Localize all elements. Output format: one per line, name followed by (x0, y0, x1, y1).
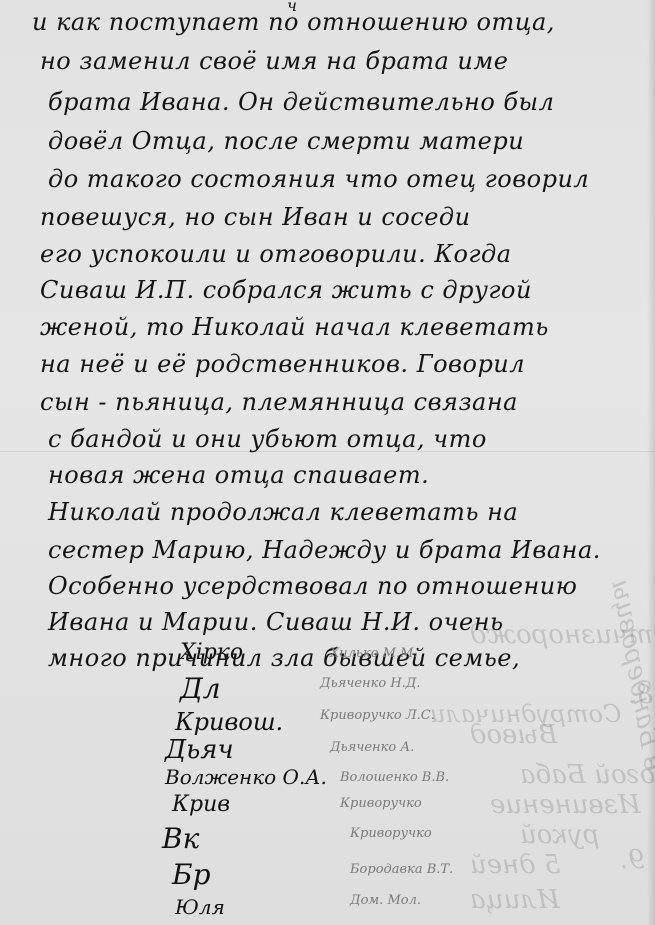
letter-line: повешуся, но сын Иван и соседи (40, 203, 471, 231)
bleed-through-text: Извинение (490, 790, 641, 820)
margin-number: 8. (628, 680, 653, 710)
signer-printed-name: Криворучко (350, 826, 432, 841)
signer-printed-name: Дом. Мол. (350, 893, 421, 908)
margin-number: 9. (620, 845, 645, 875)
signature: Крив (172, 792, 230, 817)
signer-printed-name: Криворучко (340, 796, 422, 811)
signature: Вк (162, 822, 199, 855)
letter-line: его успокоили и отговорили. Когда (40, 240, 512, 268)
letter-line: но заменил своё имя на брата име (40, 47, 508, 75)
signer-printed-name: Бородавка В.Т. (350, 862, 453, 877)
letter-line: женой, то Николай начал клеветать (40, 313, 549, 341)
letter-line: сын - пьяница, племянница связана (40, 388, 518, 416)
signature: Юля (175, 895, 225, 919)
letter-line: новая жена отца спаивает. (48, 461, 429, 489)
letter-line: до такого состояния что отец говорил (48, 165, 589, 193)
letter-line: Сиваш И.П. собрался жить с другой (40, 276, 532, 304)
bleed-through-text: в Бандеровцы (605, 577, 655, 773)
letter-line: Особенно усердствовал по отношению (48, 572, 577, 600)
letter-line: брата Ивана. Он действительно был (48, 88, 554, 116)
signature: Бр (172, 858, 211, 891)
signature: Дл (180, 672, 221, 705)
bleed-through-text: Илица (470, 885, 560, 915)
signature: Дьяч (165, 735, 234, 765)
signature: Кривош. (175, 708, 283, 736)
insertion-mark: ч (287, 0, 297, 15)
letter-line: на неё и её родственников. Говорил (40, 350, 525, 378)
letter-line: Ивана и Марии. Сиваш Н.И. очень (48, 608, 504, 636)
bleed-through-text: 5 дней (470, 850, 561, 880)
signer-printed-name: Криворучко Л.С. (320, 708, 435, 723)
letter-line: сестер Марию, Надежду и брата Ивана. (48, 536, 601, 564)
signer-printed-name: Волошенко В.В. (340, 770, 449, 785)
letter-line: много причинил зла бывшей семье, (48, 644, 520, 672)
bleed-through-text: Вывод (470, 720, 558, 750)
letter-line: с бандой и они убьют отца, что (48, 425, 487, 453)
signature: Хірко (180, 640, 243, 665)
scanned-letter-page: Из Отчизнорожд в Бандеровцы Сотрудничали… (0, 0, 655, 925)
signer-printed-name: Дьяченко Н.Д. (320, 676, 421, 691)
signature: Волженко О.А. (165, 765, 327, 789)
letter-line: довёл Отца, после смерти матери (48, 127, 524, 155)
bleed-through-text: рукой (520, 820, 600, 850)
signer-printed-name: Дьяченко А. (330, 740, 414, 755)
letter-line: Николай продолжал клеветать на (48, 498, 518, 526)
signer-printed-name: Хилько М.М. (330, 646, 418, 661)
bleed-through-text: дорогой Баба (520, 760, 655, 790)
